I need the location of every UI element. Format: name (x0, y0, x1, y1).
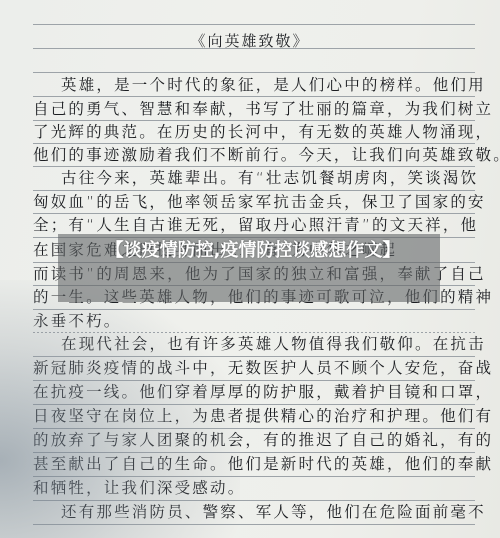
essay-line: 自己的勇气、智慧和奉献，书写了壮丽的篇章，为我们树立 (33, 98, 475, 120)
essay-line: 日夜坚守在岗位上，为患者提供精心的治疗和护理。他们有 (33, 405, 475, 427)
essay-line: 了光辉的典范。在历史的长河中，有无数的英雄人物涌现， (33, 121, 475, 143)
essay-line: 甚至献出了自己的生命。他们是新时代的英雄，他们的奉献 (33, 453, 475, 475)
essay-line: 永垂不朽。 (33, 310, 475, 332)
essay-title: 《向英雄致敬》 (0, 30, 500, 51)
essay-line: 新冠肺炎疫情的战斗中，无数医护人员不顾个人安危，奋战 (33, 357, 475, 379)
essay-line: 还有那些消防员、警察、军人等，他们在危险面前毫不 (33, 501, 475, 523)
ruled-line (33, 524, 475, 525)
essay-line: 他们的事迹激励着我们不断前行。今天，让我们向英雄致敬。 (33, 144, 475, 166)
essay-line: 在抗疫一线。他们穿着厚厚的防护服，戴着护目镜和口罩， (33, 381, 475, 403)
ruled-line (33, 24, 475, 25)
essay-line: 匈奴血”的岳飞，他率领岳家军抗击金兵，保卫了国家的安 (33, 191, 475, 213)
banner-title: 【谈疫情防控,疫情防控谈感想作文】 (78, 238, 428, 264)
essay-line: 和牺牲，让我们深受感动。 (33, 477, 475, 499)
essay-line: 英雄，是一个时代的象征，是人们心中的榜样。他们用 (33, 74, 475, 96)
ruled-line (33, 96, 475, 97)
essay-line: 古往今来，英雄辈出。有“壮志饥餐胡虏肉，笑谈渴饮 (33, 167, 475, 189)
essay-line: 全；有“人生自古谁无死，留取丹心照汗青”的文天祥，他 (33, 214, 475, 236)
ruled-line (33, 72, 475, 73)
essay-line: 的放弃了与家人团聚的机会，有的推迟了自己的婚礼，有的 (33, 429, 475, 451)
essay-line: 在现代社会，也有许多英雄人物值得我们敬仰。在抗击 (33, 333, 475, 355)
